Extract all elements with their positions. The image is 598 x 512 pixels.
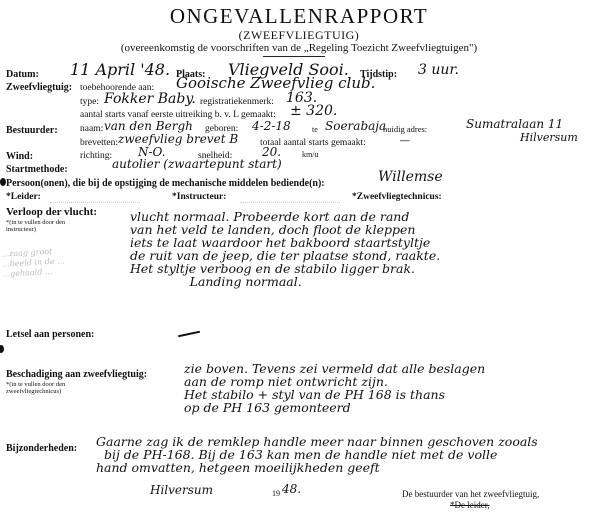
signature-label-bestuurder: De bestuurder van het zweefvliegtuig, [402, 489, 539, 499]
report-regulation-note: (overeenkomstig de voorschriften van de … [0, 42, 598, 54]
punch-hole-mark-2 [0, 345, 4, 353]
value-bijzonderheden: Gaarne zag ik de remklep handle meer naa… [96, 435, 538, 474]
signature-label-leider: *De leider, [450, 500, 490, 510]
label-brevetten: brevetten: [80, 138, 118, 148]
leider-field-line [50, 202, 140, 203]
label-technicus: *Zweefvliegtechnicus: [352, 192, 442, 202]
label-beschadiging: Beschadiging aan zweefvliegtuig: [6, 369, 147, 380]
value-aantal-starts: ± 320. [290, 103, 337, 119]
value-personen: Willemse [378, 169, 443, 185]
value-geboren: 4-2-18 [252, 119, 291, 133]
label-bestuurder: Bestuurder: [6, 125, 58, 136]
label-verloop: Verloop der vlucht: [6, 206, 97, 218]
value-startmethode: autolier (zwaartepunt start) [112, 157, 282, 171]
value-datum: 11 April '48. [70, 60, 170, 79]
value-verloop: vlucht normaal. Probeerde kort aan de ra… [130, 210, 440, 288]
label-huidig-adres: huidig adres: [383, 124, 427, 134]
value-te: Soerabaja [325, 119, 386, 133]
label-registratiekenmerk: registratiekenmerk: [200, 97, 274, 107]
label-bijzonderheden: Bijzonderheden: [6, 443, 77, 454]
value-toebehoorende: Gooische Zweefvlieg club. [176, 74, 375, 92]
label-beschadiging-note: *(in te vullen door den zweefvliegtechni… [6, 381, 86, 395]
label-datum: Datum: [6, 69, 39, 80]
instructeur-field-line [240, 202, 340, 203]
label-te: te [312, 125, 318, 134]
value-naam: van den Bergh [104, 119, 193, 133]
label-instructeur: *Instructeur: [172, 192, 226, 202]
value-year-suffix: 48. [282, 482, 301, 496]
value-letsel-dash [178, 331, 200, 337]
value-place-signed: Hilversum [150, 483, 213, 497]
report-subtitle: (ZWEEFVLIEGTUIG) [0, 28, 598, 43]
label-letsel: Letsel aan personen: [6, 329, 94, 340]
label-startmethode: Startmethode: [6, 164, 68, 175]
value-adres-line2: Hilversum [520, 131, 578, 144]
value-beschadiging: zie boven. Tevens zei vermeld dat alle b… [184, 362, 485, 414]
label-kmu: km/u [302, 150, 318, 159]
value-tijdstip: 3 uur. [418, 62, 459, 78]
label-leider: *Leider: [6, 192, 41, 202]
label-richting: richting: [80, 151, 112, 161]
label-personen: Persoon(onen), die bij de opstijging de … [6, 178, 325, 189]
margin-note: ...zaag groot ...beeld in de ... ...geha… [1, 246, 65, 279]
value-totaal-starts: — [400, 136, 410, 146]
label-year-prefix: 19 [272, 489, 280, 498]
title-divider [263, 56, 325, 57]
label-zweefvliegtuig: Zweefvliegtuig: [6, 82, 72, 93]
report-title: ONGEVALLENRAPPORT [0, 4, 598, 29]
value-brevetten: zweefvlieg brevet B [118, 132, 238, 146]
label-type: type: [80, 97, 99, 107]
label-naam: naam: [80, 124, 103, 134]
value-adres-line1: Sumatralaan 11 [466, 117, 563, 131]
label-verloop-note: *(in te vullen door den instructeur) [6, 219, 78, 233]
label-wind: Wind: [6, 151, 33, 162]
value-type: Fokker Baby. [104, 91, 196, 107]
